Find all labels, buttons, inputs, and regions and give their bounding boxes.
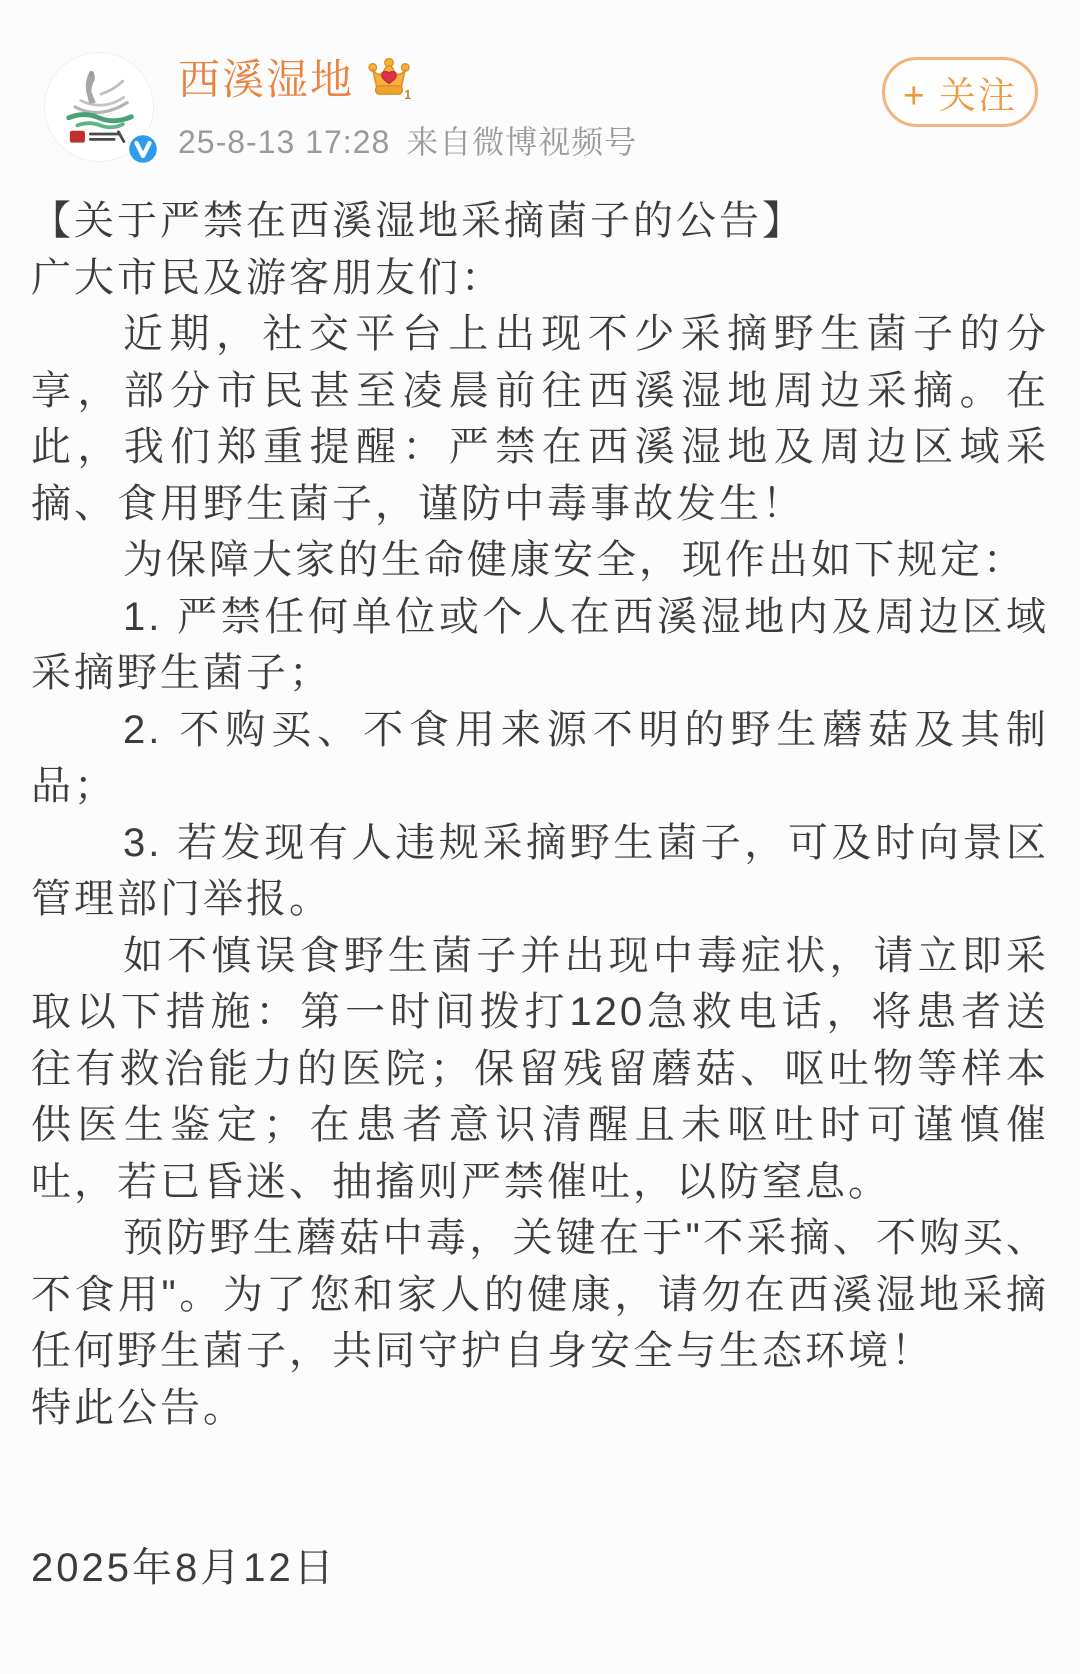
follow-button[interactable]: + 关注 xyxy=(882,57,1038,127)
post-paragraph: 预防野生蘑菇中毒，关键在于"不采摘、不购买、不食用"。为了您和家人的健康，请勿在… xyxy=(31,1210,1049,1380)
post-timestamp: 25-8-13 17:28 xyxy=(178,124,390,161)
post-body: 【关于严禁在西溪湿地采摘菌子的公告】 广大市民及游客朋友们： 近期，社交平台上出… xyxy=(31,193,1049,1597)
post-date: 2025年8月12日 xyxy=(31,1540,1049,1597)
post-paragraph-rule-1: 1. 严禁任何单位或个人在西溪湿地内及周边区域采摘野生菌子； xyxy=(31,589,1049,702)
post-paragraph: 为保障大家的生命健康安全，现作出如下规定： xyxy=(31,532,1049,589)
meta-row: 25-8-13 17:28 来自微博视频号 xyxy=(178,117,637,163)
post-paragraph-rule-3: 3. 若发现有人违规采摘野生菌子，可及时向景区管理部门举报。 xyxy=(31,815,1049,928)
svg-text:1: 1 xyxy=(404,88,411,100)
post-paragraph: 如不慎误食野生菌子并出现中毒症状，请立即采取以下措施：第一时间拨打120急救电话… xyxy=(31,928,1049,1211)
name-row: 西溪湿地 1 xyxy=(178,51,637,103)
post-paragraph-rule-2: 2. 不购买、不食用来源不明的野生蘑菇及其制品； xyxy=(31,702,1049,815)
username-link[interactable]: 西溪湿地 xyxy=(178,47,354,107)
weibo-post: 西溪湿地 1 25-8-13 17:28 来自微博视频号 + 关注 【关于严禁在… xyxy=(0,0,1080,1674)
verified-v-badge-icon xyxy=(127,133,159,165)
post-source-link[interactable]: 来自微博视频号 xyxy=(406,117,637,163)
post-title: 【关于严禁在西溪湿地采摘菌子的公告】 xyxy=(31,193,1049,250)
post-salutation: 广大市民及游客朋友们： xyxy=(31,250,1049,307)
vip-crown-icon: 1 xyxy=(366,56,412,100)
post-header: 西溪湿地 1 25-8-13 17:28 来自微博视频号 + 关注 xyxy=(45,45,1038,163)
post-closing: 特此公告。 xyxy=(31,1380,1049,1437)
avatar[interactable] xyxy=(45,53,153,161)
header-info: 西溪湿地 1 25-8-13 17:28 来自微博视频号 xyxy=(178,51,637,163)
post-paragraph: 近期，社交平台上出现不少采摘野生菌子的分享，部分市民甚至凌晨前往西溪湿地周边采摘… xyxy=(31,306,1049,532)
